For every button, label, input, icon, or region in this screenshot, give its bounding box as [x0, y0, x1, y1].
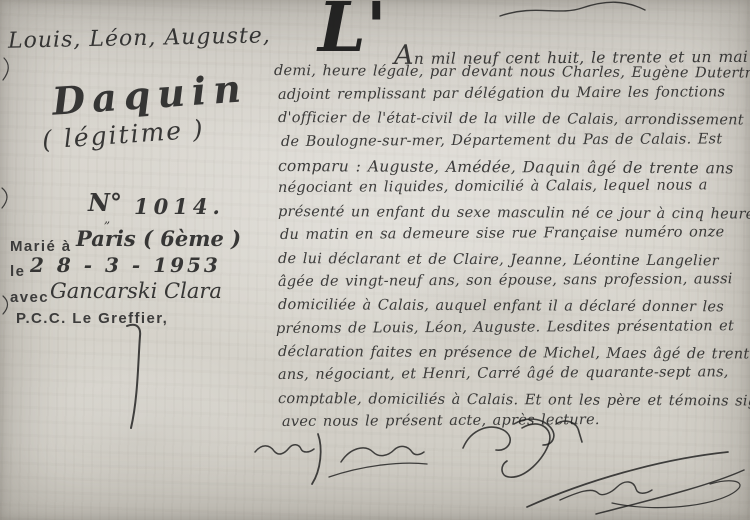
margin-child-given-names: Louis, Léon, Auguste, — [8, 23, 271, 53]
act-body-line: de Boulogne-sur-mer, Département du Pas … — [281, 131, 748, 157]
act-body-line: âgée de vingt-neuf ans, son épouse, sans… — [278, 271, 748, 297]
margin-closing-bracket — [127, 325, 140, 428]
edge-mark — [3, 296, 8, 314]
marriage-stamp-date-label: le — [10, 263, 25, 280]
marriage-spouse-name: Gancarski Clara — [50, 279, 222, 303]
act-body-line: adjoint remplissant par délégation du Ma… — [278, 84, 748, 110]
act-body-line: du matin en sa demeure sise rue Français… — [280, 224, 748, 250]
edge-mark — [3, 58, 8, 80]
top-page-flourish — [500, 2, 645, 16]
scanned-civil-register-page: Louis, Léon, Auguste, Daquin ( légitime … — [0, 0, 750, 520]
signature-maes — [329, 446, 427, 477]
margin-surname: Daquin — [51, 65, 250, 124]
paper-stain — [40, 380, 240, 500]
act-number-ditto-mark: „ — [104, 212, 110, 226]
act-number: 1014. — [134, 194, 225, 219]
act-body-line: An mil neuf cent huit, le trente et un m… — [394, 38, 748, 64]
marriage-place: Paris ( 6ème ) — [76, 226, 241, 251]
act-body-line: négociant en liquides, domicilié à Calai… — [278, 177, 748, 203]
clerk-certification-note: P.C.C. Le Greffier, — [16, 310, 168, 327]
act-body-line: ans, négociant, et Henri, Carré âgé de q… — [278, 365, 748, 391]
edge-mark — [2, 188, 7, 208]
marriage-date: 2 8 - 3 - 1953 — [30, 253, 221, 277]
act-body-text: An mil neuf cent huit, le trente et un m… — [278, 40, 748, 438]
signature-daquin — [255, 434, 321, 484]
signature-dutertre — [527, 452, 744, 514]
marriage-stamp-with-label: avec — [10, 289, 49, 306]
act-body-line: prénoms de Louis, Léon, Auguste. Lesdite… — [276, 318, 748, 344]
act-body-line: avec nous le présent acte, après lecture… — [282, 411, 748, 437]
